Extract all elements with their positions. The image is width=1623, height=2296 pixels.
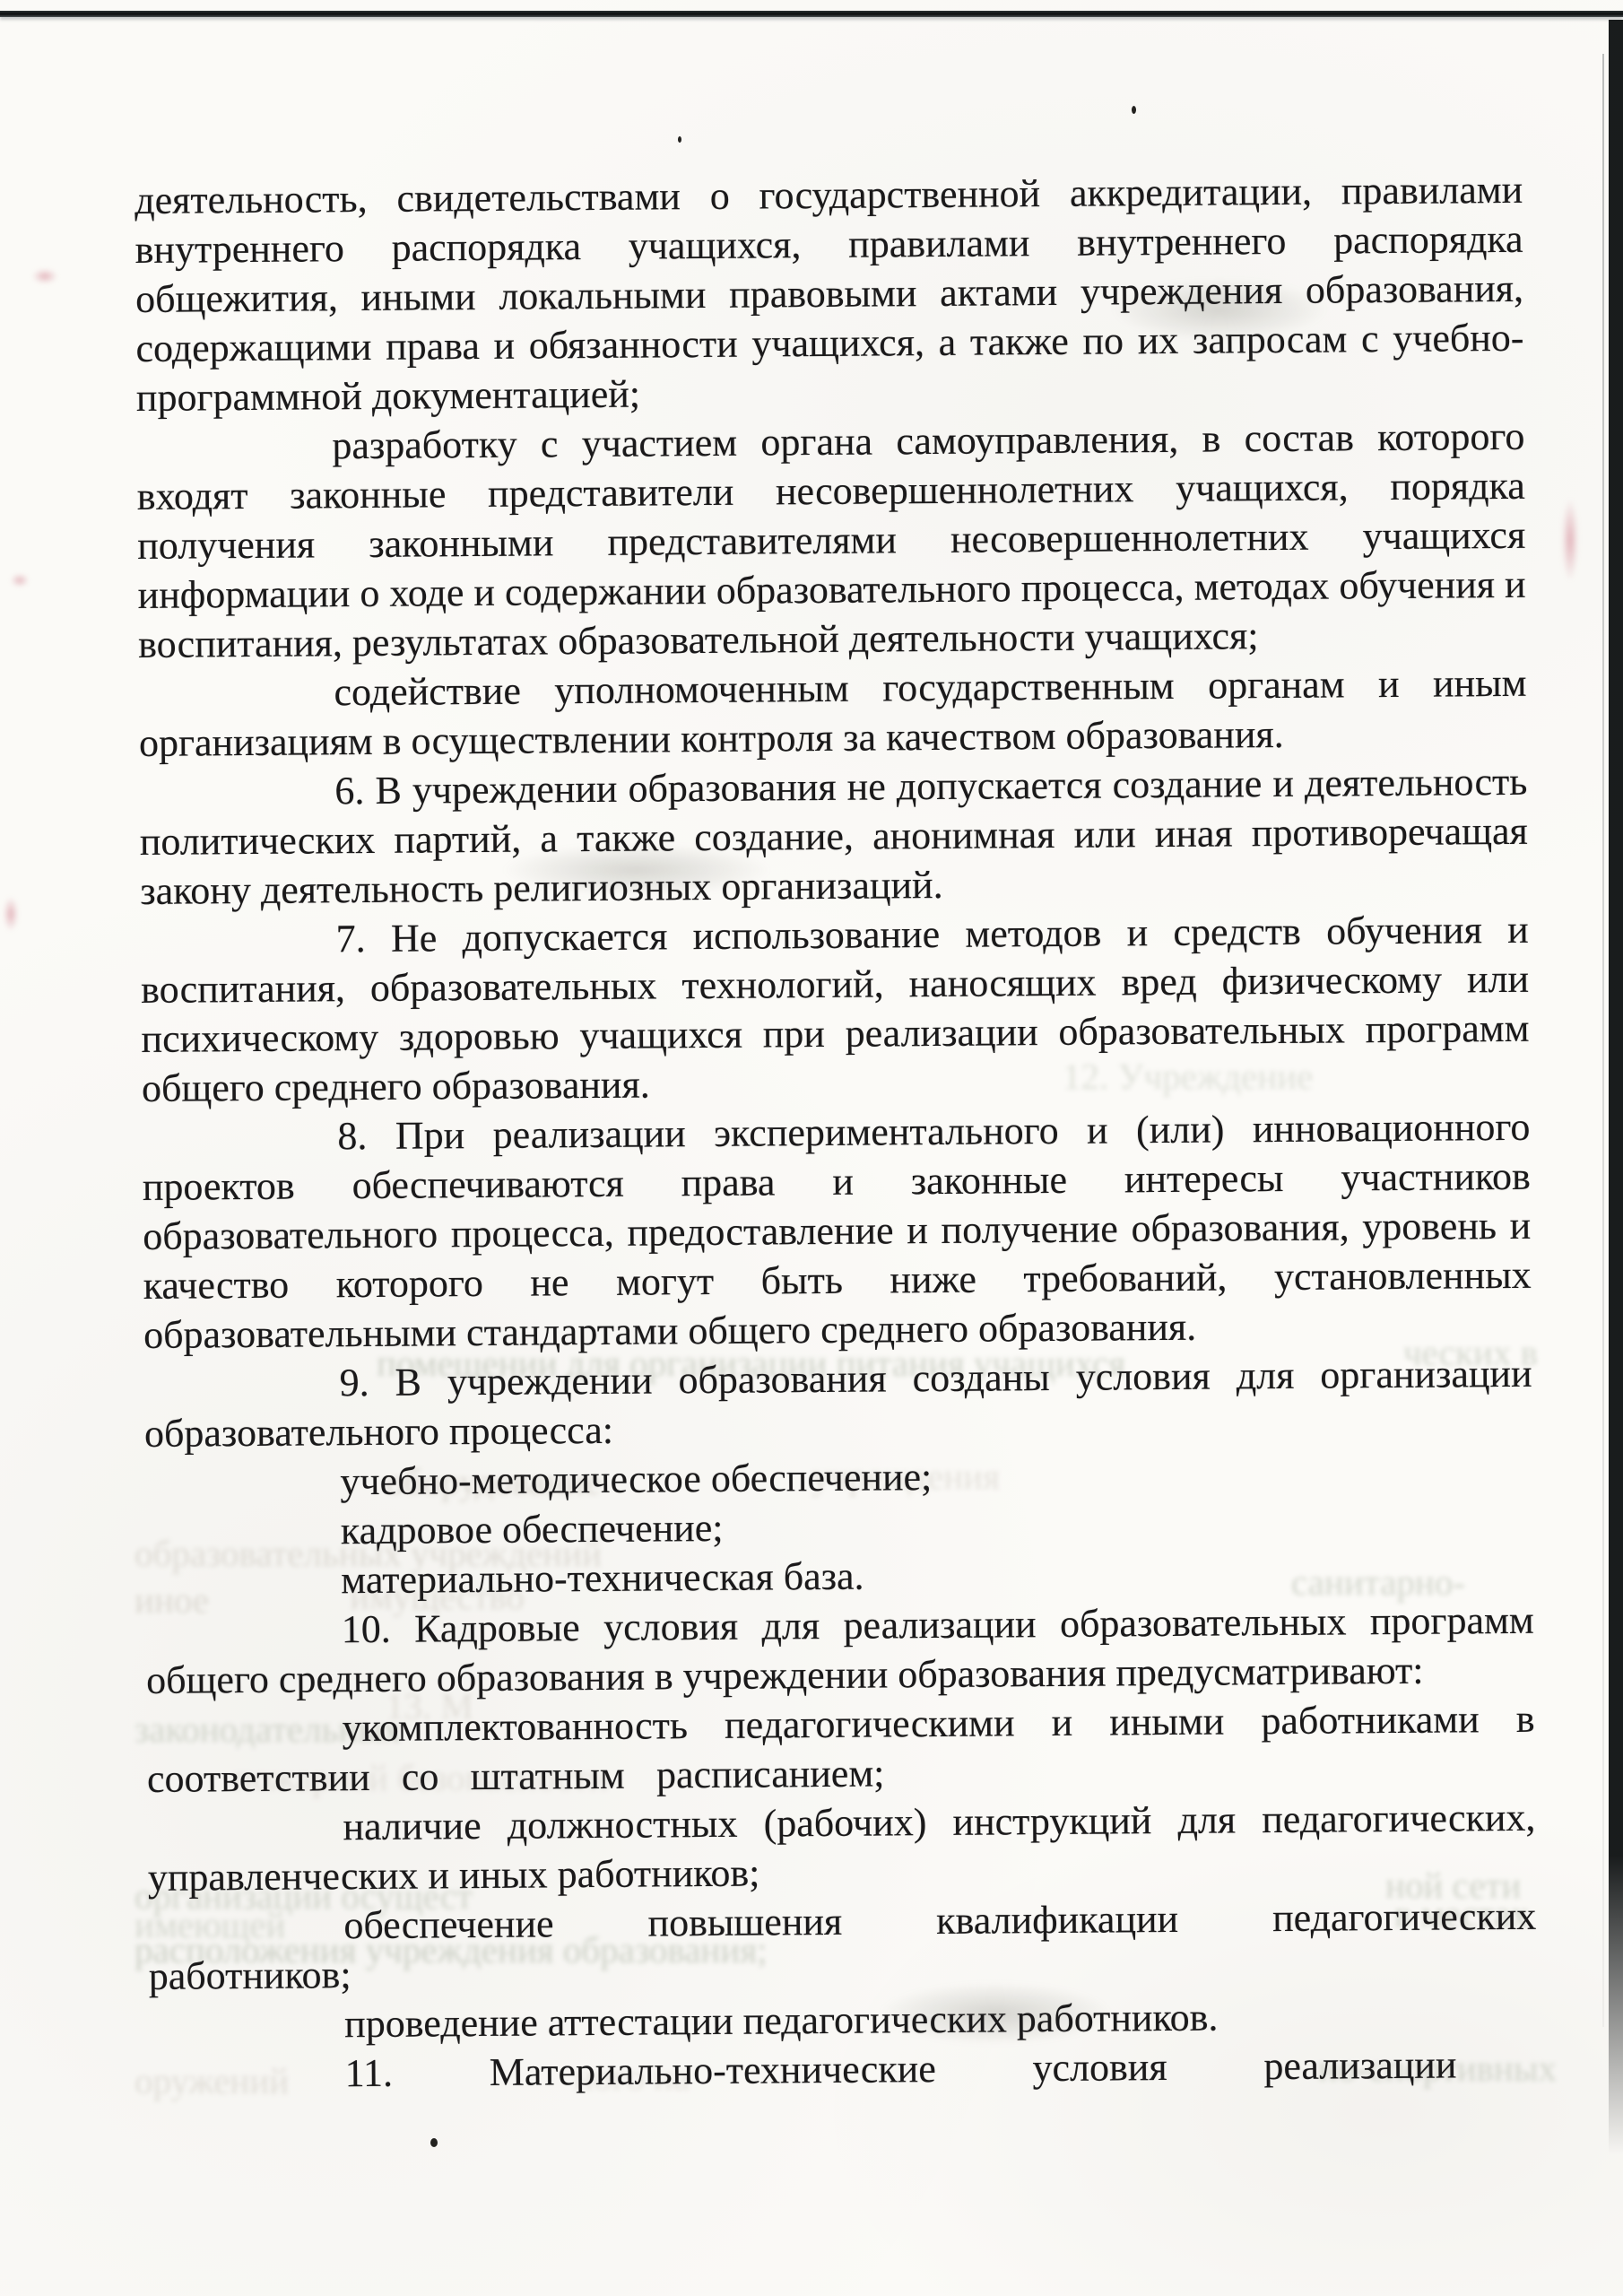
pink-mark	[32, 269, 57, 283]
paragraph-item-6: 6. В учреждении образования не допускает…	[139, 757, 1528, 916]
pink-mark	[11, 574, 29, 587]
paragraph: содействие уполномоченным государственны…	[138, 658, 1527, 768]
paragraph-item-10: 10. Кадровые условия для реализации обра…	[146, 1596, 1535, 1705]
paragraph-item-8: 8. При реализации экспериментального и (…	[142, 1102, 1532, 1360]
document-text: деятельность, свидетельствами о государс…	[135, 165, 1538, 2100]
pink-mark	[4, 897, 18, 931]
ink-speck	[678, 136, 681, 143]
paragraph-continuation: деятельность, свидетельствами о государс…	[135, 165, 1524, 422]
pink-mark	[1562, 499, 1578, 581]
paragraph: разработку с участием органа самоуправле…	[136, 412, 1526, 669]
paragraph-item-7: 7. Не допускается использование методов …	[140, 905, 1530, 1113]
ink-speck	[430, 2138, 438, 2147]
paragraph-item-9: 9. В учреждении образования созданы усло…	[143, 1349, 1532, 1458]
page-background: 12. Учреждениепомещении для организации …	[0, 0, 1623, 2296]
list-item: наличие должностных (рабочих) инструкций…	[147, 1793, 1536, 1902]
scanned-page: { "page": { "language": "ru", "paper_col…	[0, 0, 1623, 2296]
list-item: обеспечение повышения квалификации педаг…	[148, 1892, 1537, 2001]
ink-speck	[1132, 106, 1136, 114]
list-item: укомплектованность педагогическими и ины…	[146, 1694, 1535, 1804]
